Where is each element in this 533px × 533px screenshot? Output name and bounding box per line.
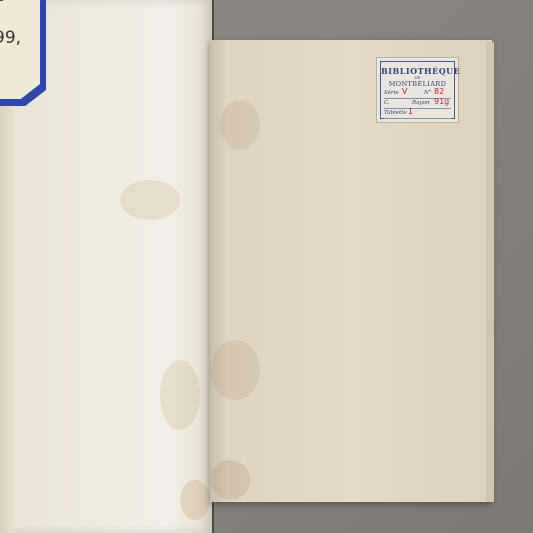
foxing-stain [210, 460, 250, 500]
field-numero: N° [424, 90, 432, 96]
library-shelfmark-label: BIBLIOTHÈQUE DE MONTBÉLIARD Série V N° 8… [376, 57, 459, 123]
foxing-stain [180, 480, 210, 520]
field-rayon: Rayon [412, 100, 430, 106]
foxing-stain [220, 100, 260, 150]
value-rayon: 91g [434, 97, 449, 106]
value-tablette: 1 [408, 107, 413, 116]
value-serie: V [402, 87, 407, 96]
foxing-stain [120, 180, 180, 220]
foxing-stain [160, 360, 200, 430]
label-border: BIBLIOTHÈQUE DE MONTBÉLIARD Série V N° 8… [380, 61, 455, 119]
label-row-tablette: Tablette 1 [384, 109, 451, 119]
field-c: C. [384, 100, 390, 106]
value-numero: 82 [434, 87, 444, 96]
label-row-rayon: C. Rayon 91g [384, 99, 451, 109]
foxing-stain [210, 340, 260, 400]
right-page-edge [486, 42, 494, 502]
field-tablette: Tablette [384, 110, 407, 116]
corner-label: 0 99, [0, 0, 40, 99]
field-serie: Série [384, 90, 399, 96]
corner-label-text-1: 0 [0, 0, 6, 5]
corner-label-text-2: 99, [0, 28, 21, 48]
